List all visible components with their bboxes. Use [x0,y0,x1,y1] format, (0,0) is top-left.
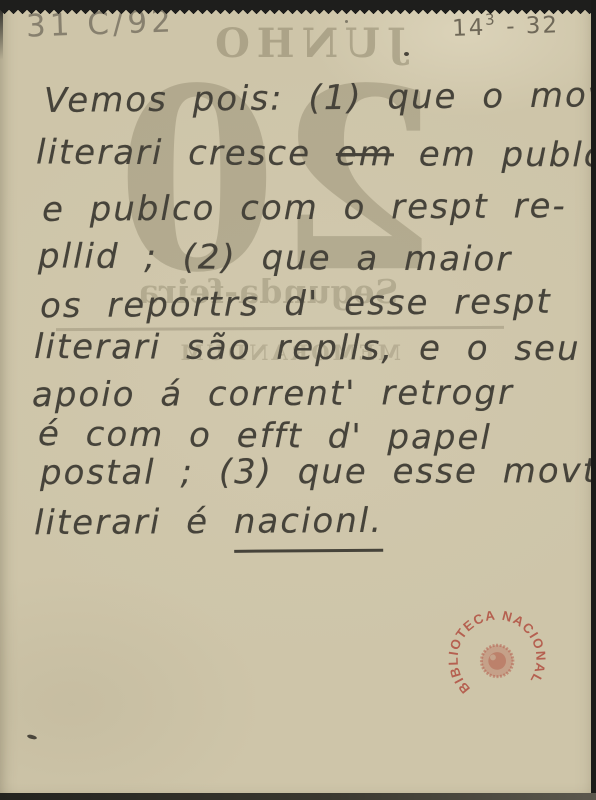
manuscript-line-3: e publco com o respt re- [42,186,567,230]
torn-edge-top-bar [0,0,596,8]
underlined-word: nacionl. [234,501,383,553]
manuscript-line-7: apoio á corrent' retrogr [32,373,514,416]
manuscript-line-9: postal ; (3) que esse movt [40,451,596,493]
paper-speck [404,52,409,56]
strikethrough-word: em [336,134,394,174]
line10-pre: literari é [34,502,234,543]
scan-border-right [591,0,596,800]
manuscript-line-5: os reportrs d' esse respt [40,282,552,326]
manuscript-line-10: literari é nacionl. [34,501,383,543]
scan-border-left [0,0,3,60]
line2-post: em publcd [394,134,596,175]
catalog-code-rest: - 32 [506,12,560,40]
scan-border-bottom [0,793,596,800]
library-stamp: BIBLIOTECA NACIONAL [433,595,561,723]
scanned-manuscript-page: JUNHO 20 Segunda-feira MEMORANDUM 31 C/9… [0,0,596,800]
manuscript-line-6: literari são replls, e o seu [34,327,581,369]
manuscript-line-4: pllid ; (2) que a maior [38,236,513,279]
catalog-code-base: 14 [452,15,486,42]
paper-speck [27,734,38,740]
stamp-emblem [480,644,514,678]
line2-pre: literari cresce [36,132,336,174]
manuscript-line-2: literari cresce em em publcd [36,132,596,175]
torn-edge-perforation [0,8,596,14]
paper-speck [345,20,348,23]
manuscript-line-1: Vemos pois: (1) que o movt [44,75,596,121]
